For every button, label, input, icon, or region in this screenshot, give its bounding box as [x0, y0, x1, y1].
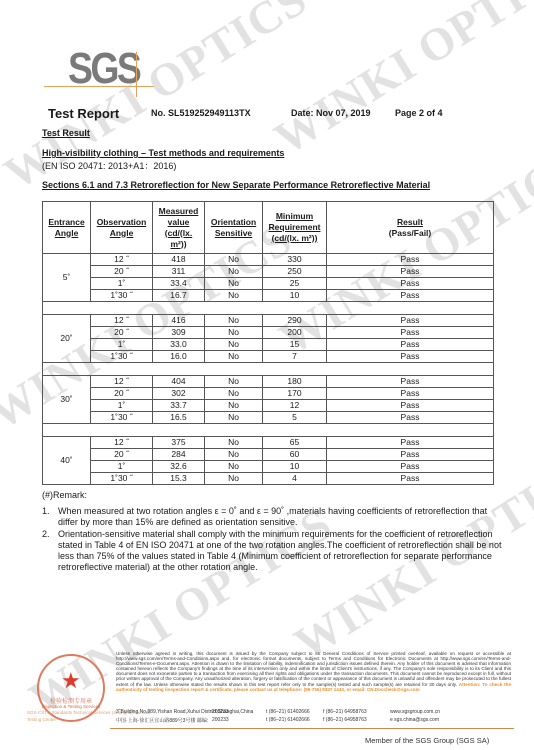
measured-value-cell: 16.5 [153, 412, 205, 424]
observation-angle-cell: 12 ˝ [91, 254, 153, 266]
footer-divider [110, 728, 514, 729]
observation-angle-cell: 20 ˝ [91, 388, 153, 400]
result-cell: Pass [327, 473, 494, 485]
group-spacer-row [43, 424, 494, 437]
result-cell: Pass [327, 437, 494, 449]
measured-value-cell: 284 [153, 449, 205, 461]
minimum-requirement-cell: 10 [263, 461, 327, 473]
entrance-angle-cell: 5˚ [43, 254, 91, 302]
orientation-cell: No [205, 266, 263, 278]
orientation-cell: No [205, 400, 263, 412]
logo-rule-vertical [136, 52, 137, 97]
observation-angle-cell: 1˚30 ˝ [91, 473, 153, 485]
measured-value-cell: 32.6 [153, 461, 205, 473]
measured-value-cell: 375 [153, 437, 205, 449]
observation-angle-cell: 20 ˝ [91, 449, 153, 461]
measured-value-cell: 16.0 [153, 351, 205, 363]
legal-disclaimer: Unless otherwise agreed in writing, this… [116, 651, 511, 692]
orientation-cell: No [205, 327, 263, 339]
measured-value-cell: 416 [153, 315, 205, 327]
orientation-cell: No [205, 412, 263, 424]
entrance-angle-cell: 40˚ [43, 437, 91, 485]
measured-value-cell: 309 [153, 327, 205, 339]
table-header-row: EntranceAngle ObservationAngle Measuredv… [43, 202, 494, 254]
result-cell: Pass [327, 412, 494, 424]
logo-rule-horizontal [44, 86, 154, 87]
table-row: 30˚12 ˝404No180Pass [43, 376, 494, 388]
table-row: 20˚12 ˝416No290Pass [43, 315, 494, 327]
watermark: WINKI OPTICS [265, 0, 534, 165]
table-row: 1˚30 ˝15.3No4Pass [43, 473, 494, 485]
table-title: Sections 6.1 and 7.3 Retroreflection for… [42, 180, 430, 190]
minimum-requirement-cell: 12 [263, 400, 327, 412]
minimum-requirement-cell: 330 [263, 254, 327, 266]
observation-angle-cell: 20 ˝ [91, 266, 153, 278]
measured-value-cell: 33.0 [153, 339, 205, 351]
orientation-cell: No [205, 254, 263, 266]
measured-value-cell: 302 [153, 388, 205, 400]
measured-value-cell: 418 [153, 254, 205, 266]
orientation-cell: No [205, 473, 263, 485]
table-row: 20 ˝302No170Pass [43, 388, 494, 400]
table-body: 5˚12 ˝418No330Pass20 ˝311No250Pass1˚33.4… [43, 254, 494, 485]
header-orientation-sensitive: OrientationSensitive [205, 202, 263, 254]
report-number: No. SL519252949113TX [151, 108, 251, 118]
observation-angle-cell: 20 ˝ [91, 327, 153, 339]
orientation-cell: No [205, 376, 263, 388]
measured-value-cell: 33.7 [153, 400, 205, 412]
table-row: 20 ˝309No200Pass [43, 327, 494, 339]
table-row: 1˚33.0No15Pass [43, 339, 494, 351]
measured-value-cell: 33.4 [153, 278, 205, 290]
orientation-cell: No [205, 339, 263, 351]
test-result-heading: Test Result [42, 128, 90, 138]
measured-value-cell: 311 [153, 266, 205, 278]
standard-reference: (EN ISO 20471: 2013+A1：2016) [42, 159, 176, 172]
observation-angle-cell: 1˚ [91, 400, 153, 412]
minimum-requirement-cell: 170 [263, 388, 327, 400]
observation-angle-cell: 12 ˝ [91, 376, 153, 388]
retroreflection-table: EntranceAngle ObservationAngle Measuredv… [42, 201, 494, 485]
result-cell: Pass [327, 461, 494, 473]
orientation-cell: No [205, 437, 263, 449]
orientation-cell: No [205, 351, 263, 363]
minimum-requirement-cell: 290 [263, 315, 327, 327]
minimum-requirement-cell: 65 [263, 437, 327, 449]
orientation-cell: No [205, 461, 263, 473]
result-cell: Pass [327, 388, 494, 400]
star-icon: ★ [61, 670, 81, 692]
remark-item: 2.Orientation-sensitive material shall c… [42, 529, 502, 573]
minimum-requirement-cell: 4 [263, 473, 327, 485]
minimum-requirement-cell: 250 [263, 266, 327, 278]
result-cell: Pass [327, 400, 494, 412]
minimum-requirement-cell: 200 [263, 327, 327, 339]
orientation-cell: No [205, 449, 263, 461]
header-observation-angle: ObservationAngle [91, 202, 153, 254]
table-row: 1˚32.6No10Pass [43, 461, 494, 473]
observation-angle-cell: 1˚30 ˝ [91, 412, 153, 424]
table-row: 40˚12 ˝375No65Pass [43, 437, 494, 449]
group-spacer-row [43, 302, 494, 315]
stamp-center-line: Testing Center [27, 717, 56, 722]
observation-angle-cell: 1˚ [91, 278, 153, 290]
table-row: 1˚33.4No25Pass [43, 278, 494, 290]
page-number: Page 2 of 4 [395, 108, 443, 118]
result-cell: Pass [327, 351, 494, 363]
result-cell: Pass [327, 327, 494, 339]
header-entrance-angle: EntranceAngle [43, 202, 91, 254]
measured-value-cell: 16.7 [153, 290, 205, 302]
table-row: 20 ˝284No60Pass [43, 449, 494, 461]
result-cell: Pass [327, 339, 494, 351]
minimum-requirement-cell: 10 [263, 290, 327, 302]
result-cell: Pass [327, 376, 494, 388]
header-result: Result(Pass/Fail) [327, 202, 494, 254]
report-title: Test Report [48, 106, 119, 121]
minimum-requirement-cell: 7 [263, 351, 327, 363]
table-row: 5˚12 ˝418No330Pass [43, 254, 494, 266]
sgs-logo: SGS [44, 48, 154, 100]
remark-item: 1.When measured at two rotation angles ε… [42, 506, 502, 528]
orientation-cell: No [205, 315, 263, 327]
measured-value-cell: 15.3 [153, 473, 205, 485]
result-cell: Pass [327, 266, 494, 278]
table-row: 1˚30 ˝16.7No10Pass [43, 290, 494, 302]
entrance-angle-cell: 20˚ [43, 315, 91, 363]
observation-angle-cell: 1˚ [91, 461, 153, 473]
measured-value-cell: 404 [153, 376, 205, 388]
observation-angle-cell: 1˚30 ˝ [91, 290, 153, 302]
entrance-angle-cell: 30˚ [43, 376, 91, 424]
header-minimum-requirement: MinimumRequirement(cd/(lx. m²)) [263, 202, 327, 254]
observation-angle-cell: 1˚ [91, 339, 153, 351]
table-row: 1˚30 ˝16.0No7Pass [43, 351, 494, 363]
minimum-requirement-cell: 15 [263, 339, 327, 351]
stamp-english-text: Inspection & Testing Services [39, 704, 103, 709]
result-cell: Pass [327, 278, 494, 290]
report-header: Test Report No. SL519252949113TX Date: N… [0, 106, 534, 122]
sgs-member-note: Member of the SGS Group (SGS SA) [365, 736, 489, 745]
table-row: 20 ˝311No250Pass [43, 266, 494, 278]
orientation-cell: No [205, 278, 263, 290]
orientation-cell: No [205, 290, 263, 302]
result-cell: Pass [327, 254, 494, 266]
result-cell: Pass [327, 290, 494, 302]
remarks-list: 1.When measured at two rotation angles ε… [42, 506, 502, 574]
minimum-requirement-cell: 5 [263, 412, 327, 424]
header-measured-value: Measuredvalue(cd/(lx.m²)) [153, 202, 205, 254]
minimum-requirement-cell: 60 [263, 449, 327, 461]
observation-angle-cell: 1˚30 ˝ [91, 351, 153, 363]
result-cell: Pass [327, 315, 494, 327]
table-row: 1˚33.7No12Pass [43, 400, 494, 412]
report-date: Date: Nov 07, 2019 [291, 108, 371, 118]
group-spacer-row [43, 363, 494, 376]
remark-title: (#)Remark: [42, 490, 87, 500]
minimum-requirement-cell: 180 [263, 376, 327, 388]
minimum-requirement-cell: 25 [263, 278, 327, 290]
result-cell: Pass [327, 449, 494, 461]
table-row: 1˚30 ˝16.5No5Pass [43, 412, 494, 424]
orientation-cell: No [205, 388, 263, 400]
observation-angle-cell: 12 ˝ [91, 437, 153, 449]
standard-title: High-visibility clothing – Test methods … [42, 148, 284, 158]
observation-angle-cell: 12 ˝ [91, 315, 153, 327]
